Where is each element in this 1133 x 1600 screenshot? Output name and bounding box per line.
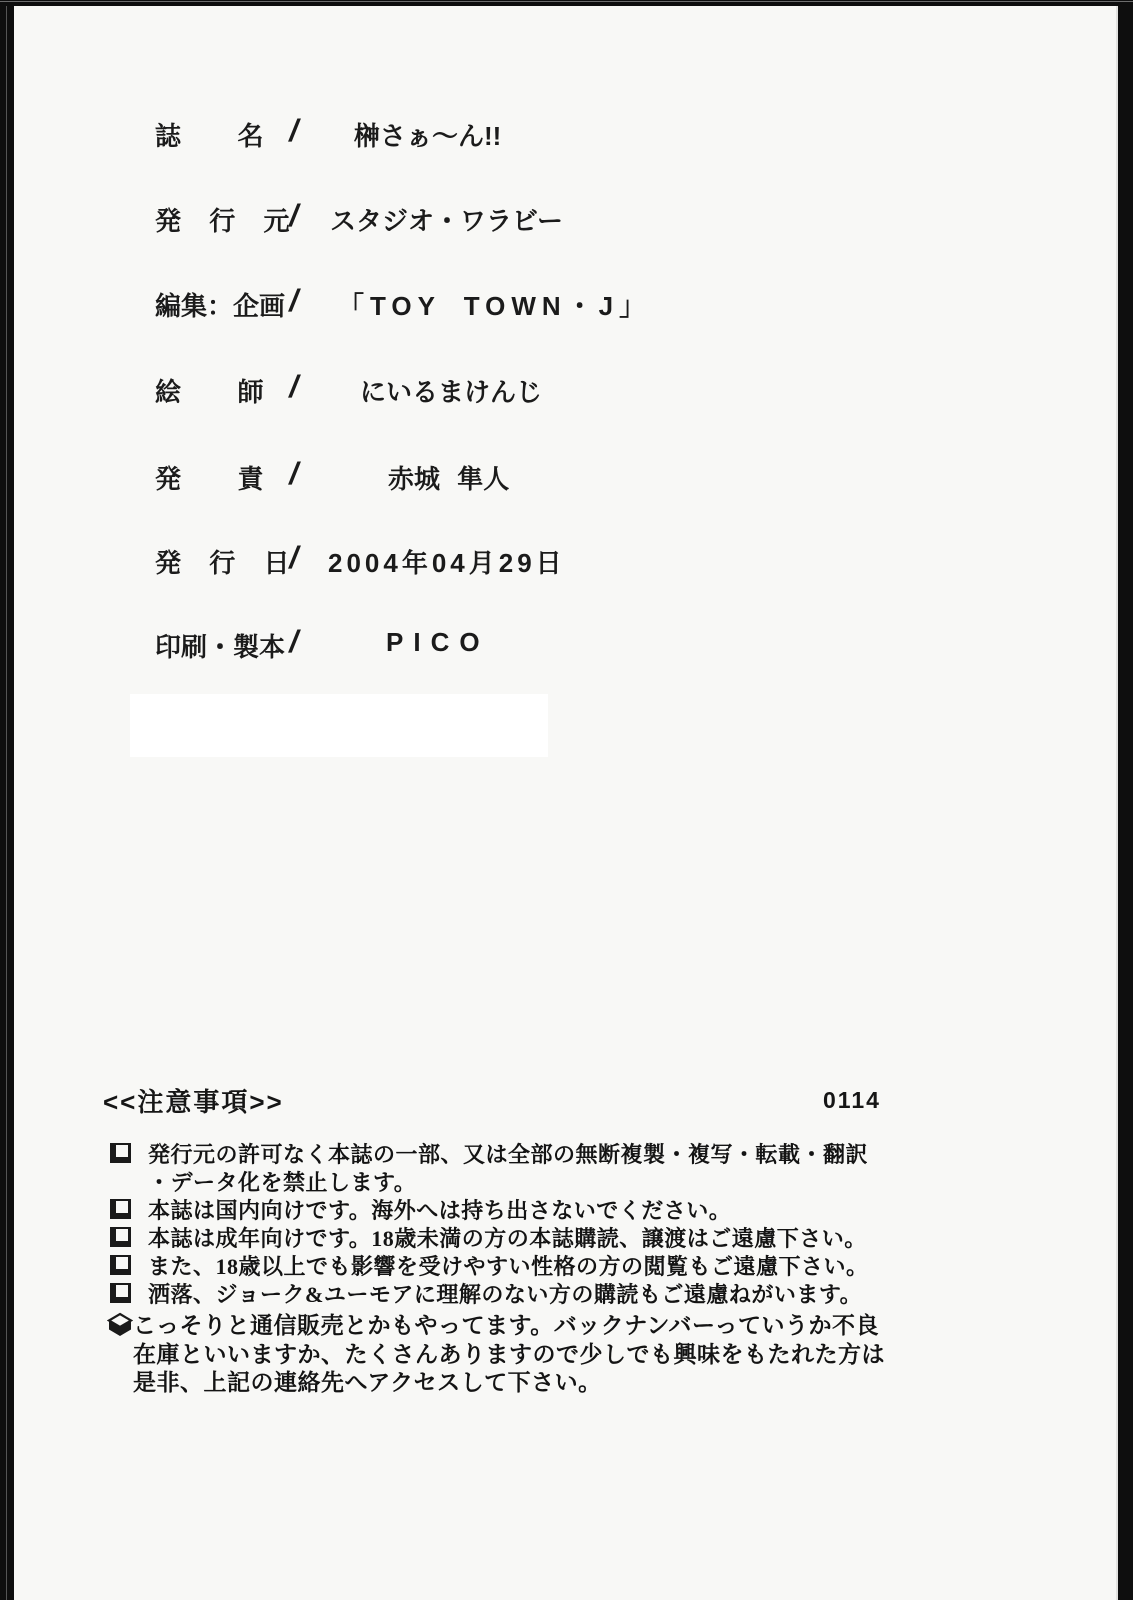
colophon-row-artist: 絵 師 / にいるまけんじ [0,372,1133,406]
row-separator-slash: / [286,283,302,319]
scanned-page: 誌 名 / 榊さぁ～ん!! 発 行 元 / スタジオ・ワラビー 編集：企画 / … [0,0,1133,1600]
notice-item: 本誌は成年向けです。18歳未満の方の本誌購読、譲渡はご遠慮下さい。 [148,1225,867,1253]
notice-item: 本誌は国内向けです。海外へは持ち出さないでください。 [148,1197,731,1225]
notices-heading: <<注意事項>> [103,1082,284,1119]
colophon-row-responsible: 発 責 / 赤城 隼人 [0,459,1133,493]
row-value: にいるまけんじ [360,372,542,409]
colophon-row-title: 誌 名 / 榊さぁ～ん!! [0,116,1133,150]
colophon-row-printing: 印刷・製本 / PICO [0,627,1133,661]
notice-line: 洒落、ジョーク&ユーモアに理解のない方の購読もご遠慮ねがいます。 [148,1281,862,1309]
notice-item-mail-order: こっそりと通信販売とかもやってます。バックナンバーっていうか不良 在庫といいます… [133,1311,885,1397]
redacted-contact-area [130,694,548,757]
row-separator-slash: / [286,113,302,149]
scan-edge-top [0,1,1133,2]
open-square-bullet-icon [110,1227,131,1247]
notice-item: 洒落、ジョーク&ユーモアに理解のない方の購読もご遠慮ねがいます。 [148,1281,862,1309]
row-value: 赤城 隼人 [388,459,509,496]
row-separator-slash: / [286,369,302,405]
row-label: 発 行 元 [155,201,289,238]
scan-edge-left [6,6,7,1600]
row-label: 発 責 [155,459,263,496]
notice-line: こっそりと通信販売とかもやってます。バックナンバーっていうか不良 [133,1311,885,1340]
colophon-row-publisher: 発 行 元 / スタジオ・ワラビー [0,201,1133,235]
notice-line: 在庫といいますか、たくさんありますので少しでも興味をもたれた方は [133,1340,885,1369]
row-separator-slash: / [286,624,302,660]
notice-line: 本誌は国内向けです。海外へは持ち出さないでください。 [148,1197,731,1225]
notice-line: ・データ化を禁止します。 [148,1169,868,1197]
row-label: 誌 名 [155,116,263,153]
notice-line: また、18歳以上でも影響を受けやすい性格の方の閲覧もご遠慮下さい。 [148,1253,869,1281]
row-value: 榊さぁ～ん!! [354,116,501,153]
row-label: 編集：企画 [155,286,285,323]
open-square-bullet-icon [110,1255,131,1275]
notice-item: 発行元の許可なく本誌の一部、又は全部の無断複製・複写・転載・翻訳 ・データ化を禁… [148,1141,868,1197]
page-number: 0114 [823,1087,881,1114]
row-value: PICO [386,627,490,658]
row-value: スタジオ・ワラビー [330,201,563,238]
row-label: 印刷・製本 [155,627,285,664]
row-value: 「TOY TOWN・J」 [338,286,651,323]
open-square-bullet-icon [110,1283,131,1303]
colophon-row-publish-date: 発 行 日 / 2004年04月29日 [0,543,1133,577]
open-square-bullet-icon [110,1199,131,1219]
paper-right-shade [1116,6,1118,1600]
row-label: 発 行 日 [155,543,289,580]
row-label: 絵 師 [155,372,263,409]
row-value: 2004年04月29日 [328,543,566,580]
notice-item: また、18歳以上でも影響を受けやすい性格の方の閲覧もご遠慮下さい。 [148,1253,869,1281]
cube-bullet-icon [107,1312,133,1338]
notice-line: 発行元の許可なく本誌の一部、又は全部の無断複製・複写・転載・翻訳 [148,1141,868,1169]
open-square-bullet-icon [110,1143,131,1163]
notice-line: 是非、上記の連絡先へアクセスして下さい。 [133,1368,885,1397]
notice-line: 本誌は成年向けです。18歳未満の方の本誌購読、譲渡はご遠慮下さい。 [148,1225,867,1253]
row-separator-slash: / [286,456,302,492]
colophon-row-editing: 編集：企画 / 「TOY TOWN・J」 [0,286,1133,320]
